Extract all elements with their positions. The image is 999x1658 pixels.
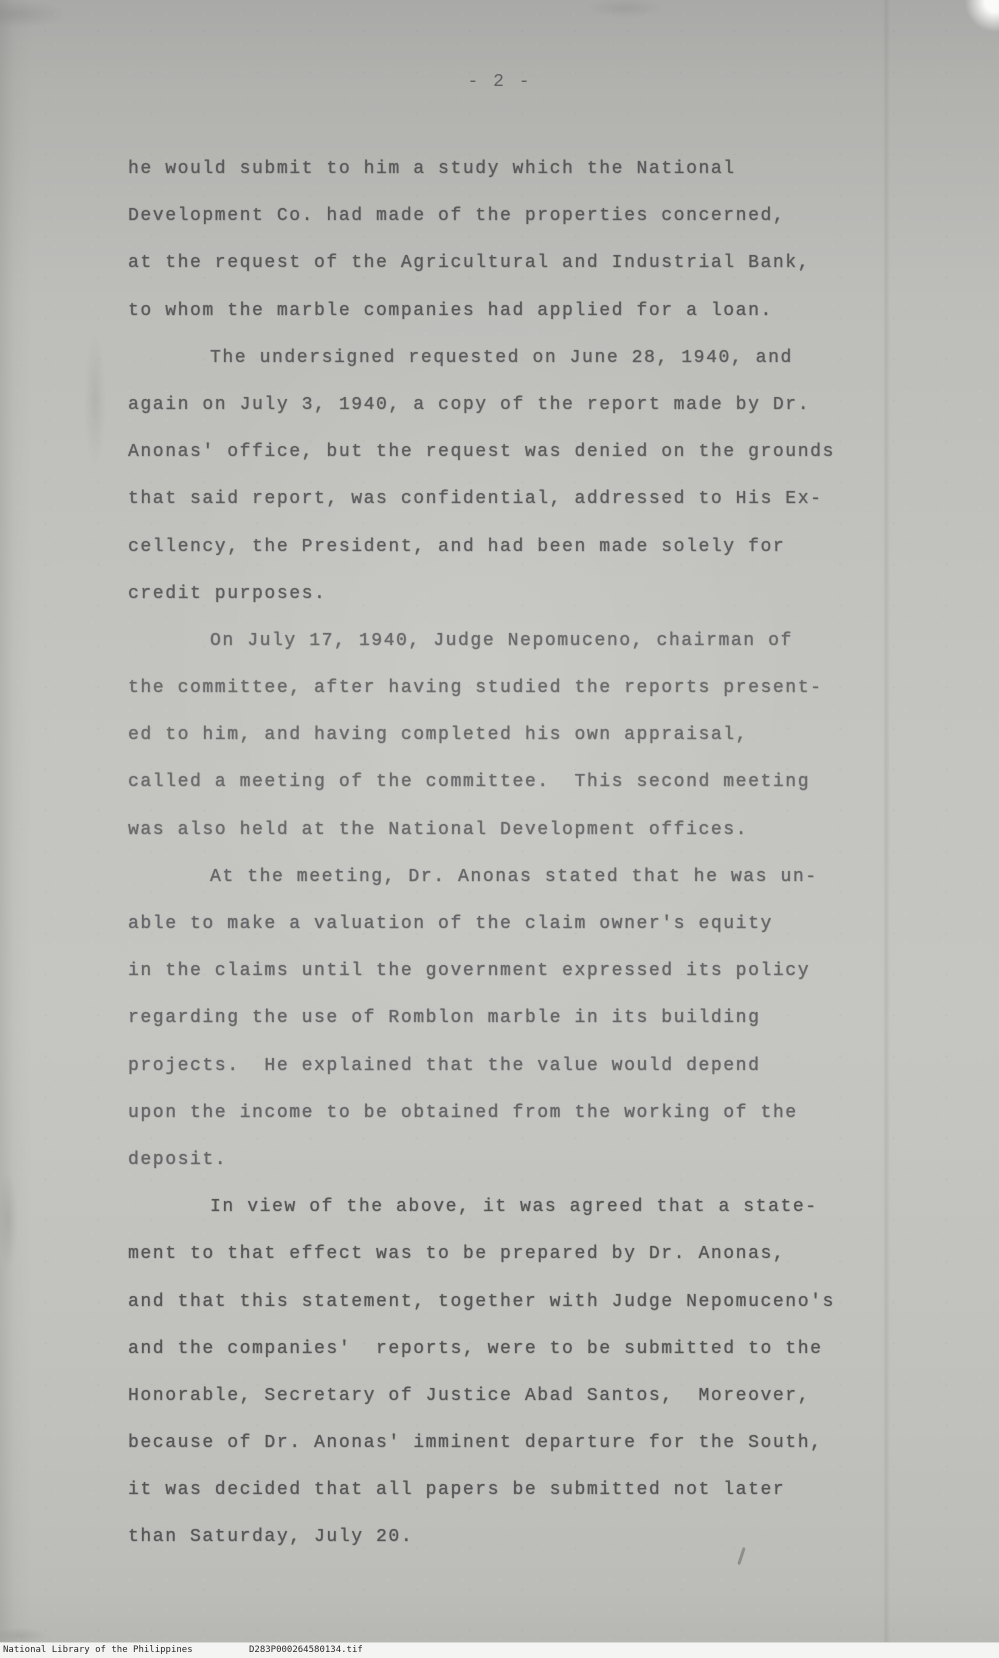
page-number: - 2 - (0, 72, 999, 92)
typed-line: At the meeting, Dr. Anonas stated that h… (128, 854, 973, 901)
typed-line: called a meeting of the committee. This … (128, 759, 973, 806)
typed-line: Honorable, Secretary of Justice Abad San… (128, 1373, 973, 1420)
typed-line: to whom the marble companies had applied… (128, 288, 973, 335)
typed-line: On July 17, 1940, Judge Nepomuceno, chai… (128, 618, 973, 665)
typed-line: was also held at the National Developmen… (128, 807, 973, 854)
typed-line: and the companies' reports, were to be s… (128, 1326, 973, 1373)
paragraph: On July 17, 1940, Judge Nepomuceno, chai… (128, 618, 973, 854)
typed-line: because of Dr. Anonas' imminent departur… (128, 1420, 973, 1467)
typed-line: deposit. (128, 1137, 973, 1184)
typed-line: again on July 3, 1940, a copy of the rep… (128, 382, 973, 429)
typed-line: Anonas' office, but the request was deni… (128, 429, 973, 476)
typed-line: Development Co. had made of the properti… (128, 193, 973, 240)
typed-line: cellency, the President, and had been ma… (128, 524, 973, 571)
typed-line: In view of the above, it was agreed that… (128, 1184, 973, 1231)
typed-line: credit purposes. (128, 571, 973, 618)
typed-line: and that this statement, together with J… (128, 1279, 973, 1326)
typed-line: he would submit to him a study which the… (128, 146, 973, 193)
typed-line: upon the income to be obtained from the … (128, 1090, 973, 1137)
typed-line: regarding the use of Romblon marble in i… (128, 995, 973, 1042)
typed-line: The undersigned requested on June 28, 19… (128, 335, 973, 382)
paragraph: he would submit to him a study which the… (128, 146, 973, 335)
library-attribution-label: National Library of the Philippines (3, 1645, 193, 1655)
typed-line: able to make a valuation of the claim ow… (128, 901, 973, 948)
paragraph: The undersigned requested on June 28, 19… (128, 335, 973, 618)
scan-filename-label: D283P000264580134.tif (249, 1645, 363, 1655)
scanned-document-page: - 2 - he would submit to him a study whi… (0, 0, 999, 1658)
typed-line: than Saturday, July 20. (128, 1514, 973, 1561)
typed-line: that said report, was confidential, addr… (128, 476, 973, 523)
typed-line: it was decided that all papers be submit… (128, 1467, 973, 1514)
typed-line: at the request of the Agricultural and I… (128, 240, 973, 287)
typed-text-block: he would submit to him a study which the… (128, 146, 973, 1562)
typed-line: the committee, after having studied the … (128, 665, 973, 712)
scanner-footer-bar: National Library of the Philippines D283… (0, 1642, 999, 1658)
typed-line: ed to him, and having completed his own … (128, 712, 973, 759)
paragraph: In view of the above, it was agreed that… (128, 1184, 973, 1562)
paragraph: At the meeting, Dr. Anonas stated that h… (128, 854, 973, 1184)
typed-line: ment to that effect was to be prepared b… (128, 1231, 973, 1278)
typed-line: in the claims until the government expre… (128, 948, 973, 995)
typed-line: projects. He explained that the value wo… (128, 1043, 973, 1090)
